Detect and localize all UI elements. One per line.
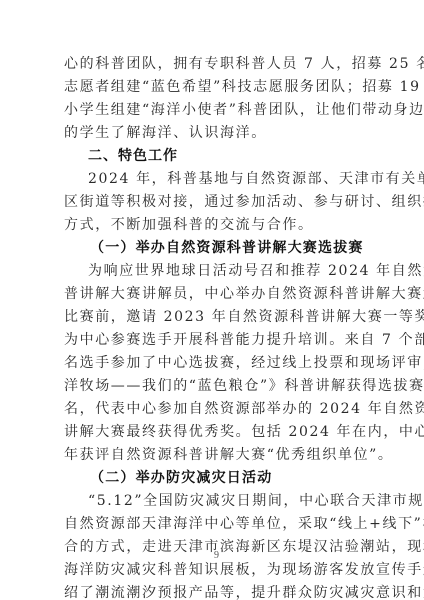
section-heading: 二、特色工作 (88, 145, 384, 167)
body-text-line: 区街道等积极对接，通过参加活动、参与研讨、组织推荐等 (64, 191, 360, 213)
body-text-line: 名，代表中心参加自然资源部举办的 2024 年自然资源科普 (64, 398, 360, 420)
body-text-line: 为中心参赛选手开展科普能力提升培训。来自 7 个部门的 9 (64, 329, 360, 351)
body-text-line: 合的方式，走进天津市滨海新区东堤汉沽验潮站，现场布置 (64, 536, 360, 558)
body-text-line: 志愿者组建“蓝色希望”科技志愿服务团队；招募 19 名中 (64, 76, 360, 98)
document-page: 心的科普团队，拥有专职科普人员 7 人，招募 25 名大学生 志愿者组建“蓝色希… (0, 0, 424, 600)
body-text-line: 洋牧场——我们的“蓝色粮仓”》科普讲解获得选拔赛第 1 (64, 375, 360, 397)
page-number: 9 (214, 550, 219, 561)
body-text-line: 讲解大赛最终获得优秀奖。包括 2024 年在内，中心已连续 5 (64, 421, 360, 443)
body-text-line: 年获评自然资源科普讲解大赛“优秀组织单位”。 (64, 444, 360, 466)
body-text-line: 自然资源部天津海洋中心等单位，采取“线上+线下”相结 (64, 513, 360, 535)
body-text-line: 绍了潮流潮汐预报产品等，提升群众防灾减灾意识和素养。 (64, 582, 360, 600)
body-text-line: 普讲解大赛讲解员，中心举办自然资源科普讲解大赛选拔赛。 (64, 283, 360, 305)
body-text-line: 为响应世界地球日活动号召和推荐 2024 年自然资源科 (88, 260, 360, 282)
body-text-line: 的学生了解海洋、认识海洋。 (64, 122, 360, 144)
body-text-line: 小学生组建“海洋小使者”科普团队，让他们带动身边更多 (64, 99, 360, 121)
body-text-line: 名选手参加了中心选拔赛，经过线上投票和现场评审，《海 (64, 352, 360, 374)
body-text-line: 比赛前，邀请 2023 年自然资源科普讲解大赛一等奖获得者 (64, 306, 360, 328)
body-text-line: 海洋防灾减灾科普知识展板，为现场游客发放宣传手册，介 (64, 559, 360, 581)
subsection-heading: （二）举办防灾减灾日活动 (90, 467, 386, 489)
subsection-heading: （一）举办自然资源科普讲解大赛选拔赛 (90, 237, 386, 259)
body-text-line: 2024 年，科普基地与自然资源部、天津市有关单位和社 (88, 168, 360, 190)
body-text-line: “5.12”全国防灾减灾日期间，中心联合天津市规自局、 (88, 490, 360, 512)
body-text-line: 心的科普团队，拥有专职科普人员 7 人，招募 25 名大学生 (64, 53, 360, 75)
body-text-line: 方式，不断加强科普的交流与合作。 (64, 214, 360, 236)
